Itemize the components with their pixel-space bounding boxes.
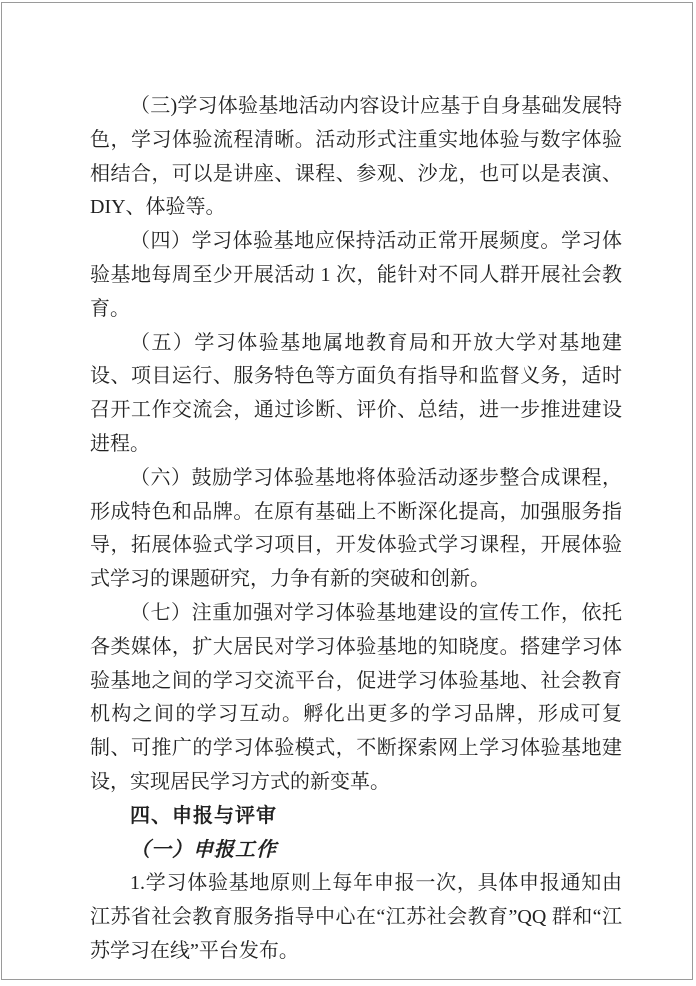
document-content: （三)学习体验基地活动内容设计应基于自身基础发展特色，学习体验流程清晰。活动形式…: [90, 90, 622, 969]
paragraph-item-3: （三)学习体验基地活动内容设计应基于自身基础发展特色，学习体验流程清晰。活动形式…: [90, 90, 622, 225]
paragraph-item-6: （六）鼓励学习体验基地将体验活动逐步整合成课程，形成特色和品牌。在原有基础上不断…: [90, 462, 622, 597]
document-page: （三)学习体验基地活动内容设计应基于自身基础发展特色，学习体验流程清晰。活动形式…: [1, 2, 693, 980]
subsection-heading-application-work: （一）申报工作: [90, 834, 622, 868]
paragraph-item-4: （四）学习体验基地应保持活动正常开展频度。学习体验基地每周至少开展活动 1 次，…: [90, 225, 622, 326]
section-heading-application-review: 四、申报与评审: [90, 800, 622, 834]
paragraph-item-7: （七）注重加强对学习体验基地建设的宣传工作，依托各类媒体，扩大居民对学习体验基地…: [90, 597, 622, 800]
paragraph-item-5: （五）学习体验基地属地教育局和开放大学对基地建设、项目运行、服务特色等方面负有指…: [90, 327, 622, 462]
paragraph-application-notice: 1.学习体验基地原则上每年申报一次，具体申报通知由江苏省社会教育服务指导中心在“…: [90, 867, 622, 968]
